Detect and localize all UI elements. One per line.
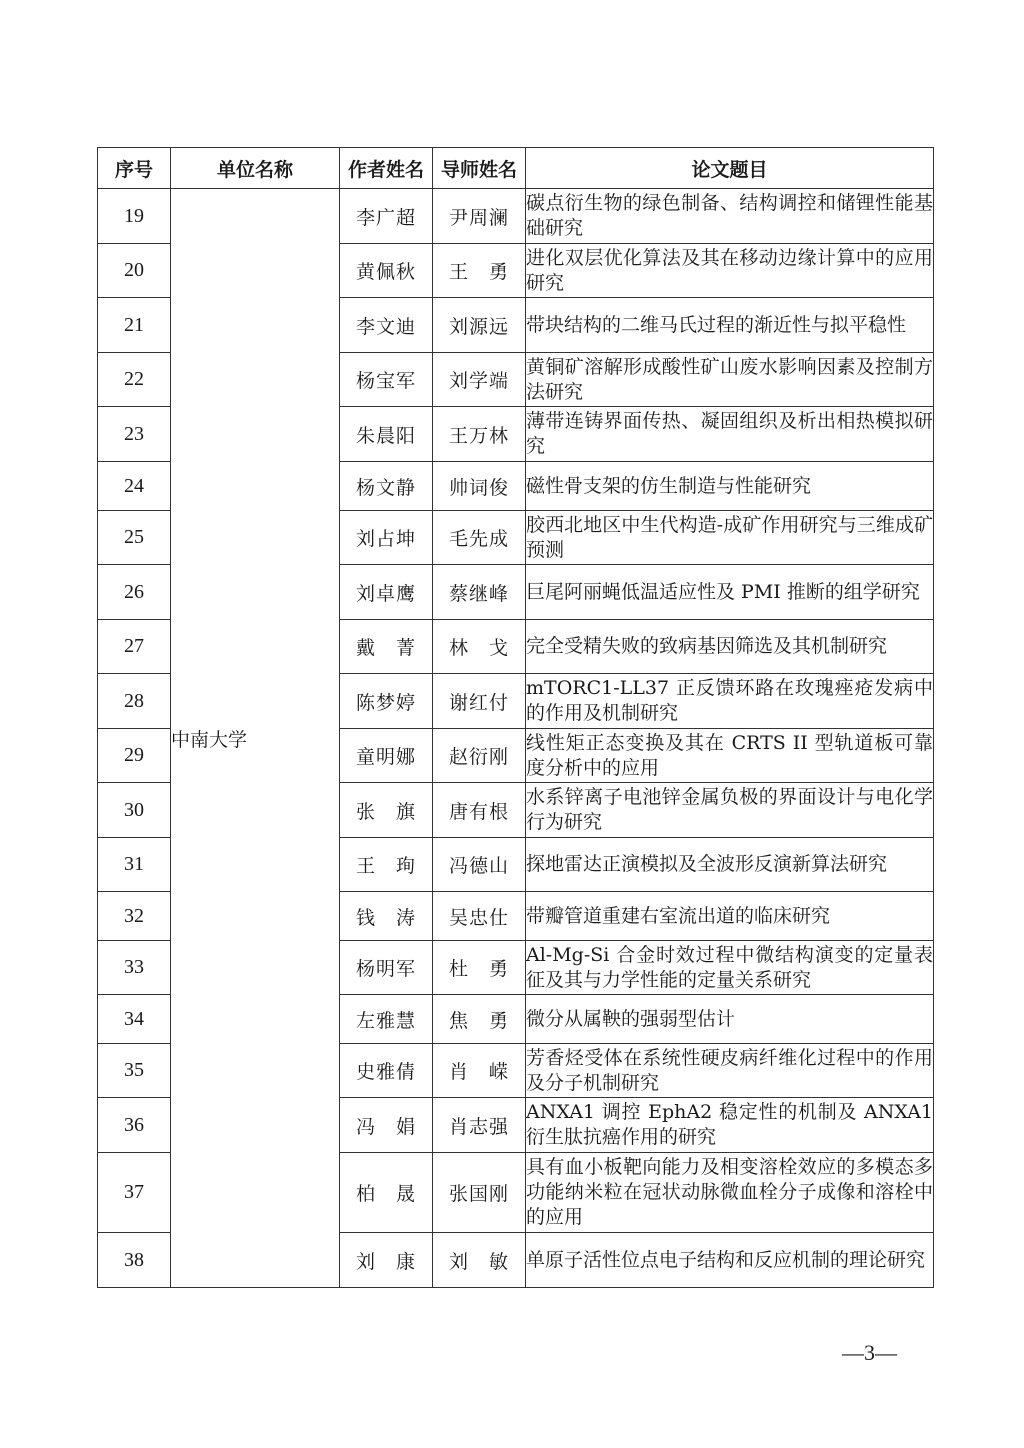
row-number: 38 bbox=[98, 1233, 171, 1288]
row-number: 19 bbox=[98, 189, 171, 244]
advisor-name: 刘源远 bbox=[433, 298, 526, 353]
thesis-title: Al-Mg-Si 合金时效过程中微结构演变的定量表征及其与力学性能的定量关系研究 bbox=[526, 941, 934, 995]
advisor-name: 刘学端 bbox=[433, 353, 526, 407]
advisor-name: 肖 嵘 bbox=[433, 1044, 526, 1098]
row-number: 37 bbox=[98, 1153, 171, 1233]
thesis-title: ANXA1 调控 EphA2 稳定性的机制及 ANXA1 衍生肽抗癌作用的研究 bbox=[526, 1098, 934, 1153]
header-title: 论文题目 bbox=[526, 148, 934, 189]
author-name: 王 珣 bbox=[340, 838, 433, 892]
advisor-name: 吴忠仕 bbox=[433, 892, 526, 941]
header-advisor: 导师姓名 bbox=[433, 148, 526, 189]
author-name: 冯 娟 bbox=[340, 1098, 433, 1153]
advisor-name: 肖志强 bbox=[433, 1098, 526, 1153]
author-name: 左雅慧 bbox=[340, 995, 433, 1044]
advisor-name: 赵衍刚 bbox=[433, 729, 526, 783]
author-name: 杨文静 bbox=[340, 462, 433, 511]
table-header-row: 序号 单位名称 作者姓名 导师姓名 论文题目 bbox=[98, 148, 934, 189]
thesis-title: 水系锌离子电池锌金属负极的界面设计与电化学行为研究 bbox=[526, 783, 934, 838]
thesis-title: 探地雷达正演模拟及全波形反演新算法研究 bbox=[526, 838, 934, 892]
thesis-title: 薄带连铸界面传热、凝固组织及析出相热模拟研究 bbox=[526, 407, 934, 462]
author-name: 史雅倩 bbox=[340, 1044, 433, 1098]
header-unit: 单位名称 bbox=[171, 148, 340, 189]
advisor-name: 毛先成 bbox=[433, 511, 526, 565]
thesis-title: mTORC1-LL37 正反馈环路在玫瑰痤疮发病中的作用及机制研究 bbox=[526, 674, 934, 729]
row-number: 31 bbox=[98, 838, 171, 892]
row-number: 24 bbox=[98, 462, 171, 511]
header-author: 作者姓名 bbox=[340, 148, 433, 189]
thesis-title: 磁性骨支架的仿生制造与性能研究 bbox=[526, 462, 934, 511]
thesis-title: 线性矩正态变换及其在 CRTS II 型轨道板可靠度分析中的应用 bbox=[526, 729, 934, 783]
advisor-name: 王万林 bbox=[433, 407, 526, 462]
row-number: 25 bbox=[98, 511, 171, 565]
thesis-title: 碳点衍生物的绿色制备、结构调控和储锂性能基础研究 bbox=[526, 189, 934, 244]
advisor-name: 冯德山 bbox=[433, 838, 526, 892]
advisor-name: 焦 勇 bbox=[433, 995, 526, 1044]
thesis-award-table: 序号 单位名称 作者姓名 导师姓名 论文题目 19中南大学李广超尹周澜碳点衍生物… bbox=[97, 147, 934, 1288]
row-number: 20 bbox=[98, 244, 171, 298]
advisor-name: 谢红付 bbox=[433, 674, 526, 729]
advisor-name: 唐有根 bbox=[433, 783, 526, 838]
thesis-title: 胶西北地区中生代构造-成矿作用研究与三维成矿预测 bbox=[526, 511, 934, 565]
author-name: 戴 菁 bbox=[340, 620, 433, 674]
author-name: 童明娜 bbox=[340, 729, 433, 783]
unit-name-cell: 中南大学 bbox=[171, 189, 340, 1288]
row-number: 23 bbox=[98, 407, 171, 462]
advisor-name: 尹周澜 bbox=[433, 189, 526, 244]
advisor-name: 帅词俊 bbox=[433, 462, 526, 511]
author-name: 刘卓鹰 bbox=[340, 565, 433, 620]
author-name: 柏 晟 bbox=[340, 1153, 433, 1233]
row-number: 30 bbox=[98, 783, 171, 838]
author-name: 朱晨阳 bbox=[340, 407, 433, 462]
thesis-title: 带块结构的二维马氏过程的渐近性与拟平稳性 bbox=[526, 298, 934, 353]
row-number: 32 bbox=[98, 892, 171, 941]
author-name: 刘 康 bbox=[340, 1233, 433, 1288]
author-name: 李文迪 bbox=[340, 298, 433, 353]
row-number: 35 bbox=[98, 1044, 171, 1098]
row-number: 34 bbox=[98, 995, 171, 1044]
row-number: 29 bbox=[98, 729, 171, 783]
advisor-name: 王 勇 bbox=[433, 244, 526, 298]
row-number: 22 bbox=[98, 353, 171, 407]
author-name: 杨明军 bbox=[340, 941, 433, 995]
thesis-title: 微分从属鞅的强弱型估计 bbox=[526, 995, 934, 1044]
author-name: 刘占坤 bbox=[340, 511, 433, 565]
advisor-name: 刘 敏 bbox=[433, 1233, 526, 1288]
thesis-title: 完全受精失败的致病基因筛选及其机制研究 bbox=[526, 620, 934, 674]
author-name: 钱 涛 bbox=[340, 892, 433, 941]
advisor-name: 杜 勇 bbox=[433, 941, 526, 995]
author-name: 黄佩秋 bbox=[340, 244, 433, 298]
header-no: 序号 bbox=[98, 148, 171, 189]
thesis-title: 芳香烃受体在系统性硬皮病纤维化过程中的作用及分子机制研究 bbox=[526, 1044, 934, 1098]
author-name: 陈梦婷 bbox=[340, 674, 433, 729]
table-row: 19中南大学李广超尹周澜碳点衍生物的绿色制备、结构调控和储锂性能基础研究 bbox=[98, 189, 934, 244]
thesis-title: 带瓣管道重建右室流出道的临床研究 bbox=[526, 892, 934, 941]
thesis-title: 进化双层优化算法及其在移动边缘计算中的应用研究 bbox=[526, 244, 934, 298]
row-number: 21 bbox=[98, 298, 171, 353]
advisor-name: 张国刚 bbox=[433, 1153, 526, 1233]
unit-name: 中南大学 bbox=[171, 725, 339, 752]
row-number: 36 bbox=[98, 1098, 171, 1153]
author-name: 杨宝军 bbox=[340, 353, 433, 407]
page-number: —3— bbox=[842, 1340, 897, 1366]
advisor-name: 蔡继峰 bbox=[433, 565, 526, 620]
row-number: 27 bbox=[98, 620, 171, 674]
row-number: 26 bbox=[98, 565, 171, 620]
row-number: 33 bbox=[98, 941, 171, 995]
row-number: 28 bbox=[98, 674, 171, 729]
author-name: 张 旗 bbox=[340, 783, 433, 838]
advisor-name: 林 戈 bbox=[433, 620, 526, 674]
thesis-title: 具有血小板靶向能力及相变溶栓效应的多模态多功能纳米粒在冠状动脉微血栓分子成像和溶… bbox=[526, 1153, 934, 1233]
document-page: 序号 单位名称 作者姓名 导师姓名 论文题目 19中南大学李广超尹周澜碳点衍生物… bbox=[0, 0, 1024, 1448]
author-name: 李广超 bbox=[340, 189, 433, 244]
thesis-title: 黄铜矿溶解形成酸性矿山废水影响因素及控制方法研究 bbox=[526, 353, 934, 407]
thesis-title: 单原子活性位点电子结构和反应机制的理论研究 bbox=[526, 1233, 934, 1288]
thesis-title: 巨尾阿丽蝇低温适应性及 PMI 推断的组学研究 bbox=[526, 565, 934, 620]
